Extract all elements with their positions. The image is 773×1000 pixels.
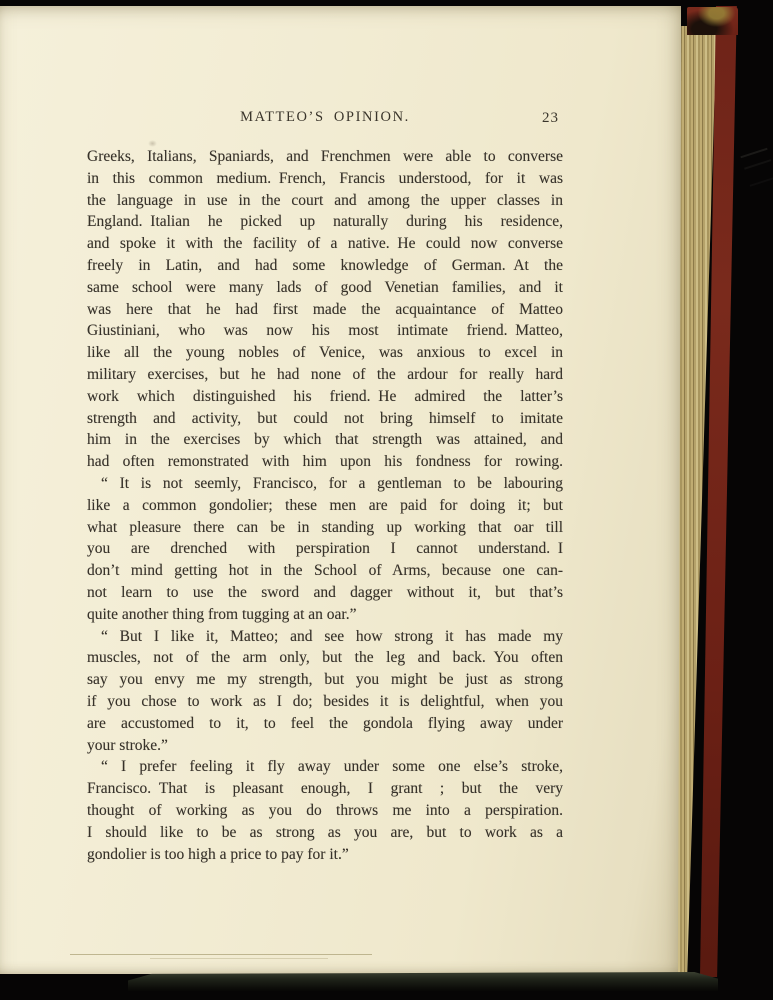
page-crease-line — [150, 958, 328, 959]
text-line: Giustiniani, who was now his most intima… — [87, 320, 563, 342]
text-line: your stroke.” — [87, 735, 563, 757]
text-line: freely in Latin, and had some knowledge … — [87, 255, 563, 277]
text-line: I should like to be as strong as you are… — [87, 822, 563, 844]
text-line: was here that he had first made the acqu… — [87, 299, 563, 321]
text-line: you are drenched with perspiration I can… — [87, 538, 563, 560]
text-line: “ But I like it, Matteo; and see how str… — [87, 626, 563, 648]
text-line: like all the young nobles of Venice, was… — [87, 342, 563, 364]
text-line: Greeks, Italians, Spaniards, and Frenchm… — [87, 146, 563, 168]
paper-blemish — [148, 140, 157, 147]
text-line: like a common gondolier; these men are p… — [87, 495, 563, 517]
text-line: are accustomed to it, to feel the gondol… — [87, 713, 563, 735]
text-line: him in the exercises by which that stren… — [87, 429, 563, 451]
text-line: military exercises, but he had none of t… — [87, 364, 563, 386]
text-line: quite another thing from tugging at an o… — [87, 604, 563, 626]
text-line: had often remonstrated with him upon his… — [87, 451, 563, 473]
text-line: the language in use in the court and amo… — [87, 190, 563, 212]
text-line: gondolier is too high a price to pay for… — [87, 844, 563, 866]
text-line: not learn to use the sword and dagger wi… — [87, 582, 563, 604]
text-line: same school were many lads of good Venet… — [87, 277, 563, 299]
book-bottom-board — [128, 972, 718, 991]
book-page: MATTEO’S OPINION. 23 Greeks, Italians, S… — [0, 6, 681, 974]
background-scratch — [740, 148, 767, 159]
text-line: don’t mind getting hot in the School of … — [87, 560, 563, 582]
text-line: England. Italian he picked up naturally … — [87, 211, 563, 233]
text-line: what pleasure there can be in standing u… — [87, 517, 563, 539]
text-line: in this common medium. French, Francis u… — [87, 168, 563, 190]
text-line: if you chose to work as I do; besides it… — [87, 691, 563, 713]
text-line: “ I prefer feeling it fly away under som… — [87, 756, 563, 778]
page-crease-line — [70, 954, 372, 955]
page-text: Greeks, Italians, Spaniards, and Frenchm… — [87, 146, 563, 865]
running-header-title: MATTEO’S OPINION. — [87, 109, 563, 126]
text-line: strength and activity, but could not bri… — [87, 408, 563, 430]
text-line: muscles, not of the arm only, but the le… — [87, 647, 563, 669]
text-line: thought of working as you do throws me i… — [87, 800, 563, 822]
text-line: say you envy me my strength, but you mig… — [87, 669, 563, 691]
running-header: MATTEO’S OPINION. 23 — [87, 109, 563, 131]
book-cover-corner — [687, 7, 738, 35]
book-photo-background: MATTEO’S OPINION. 23 Greeks, Italians, S… — [0, 0, 773, 1000]
text-line: Francisco. That is pleasant enough, I gr… — [87, 778, 563, 800]
text-line: “ It is not seemly, Francisco, for a gen… — [87, 473, 563, 495]
text-line: work which distinguished his friend. He … — [87, 386, 563, 408]
page-number: 23 — [542, 110, 559, 127]
text-line: and spoke it with the facility of a nati… — [87, 233, 563, 255]
